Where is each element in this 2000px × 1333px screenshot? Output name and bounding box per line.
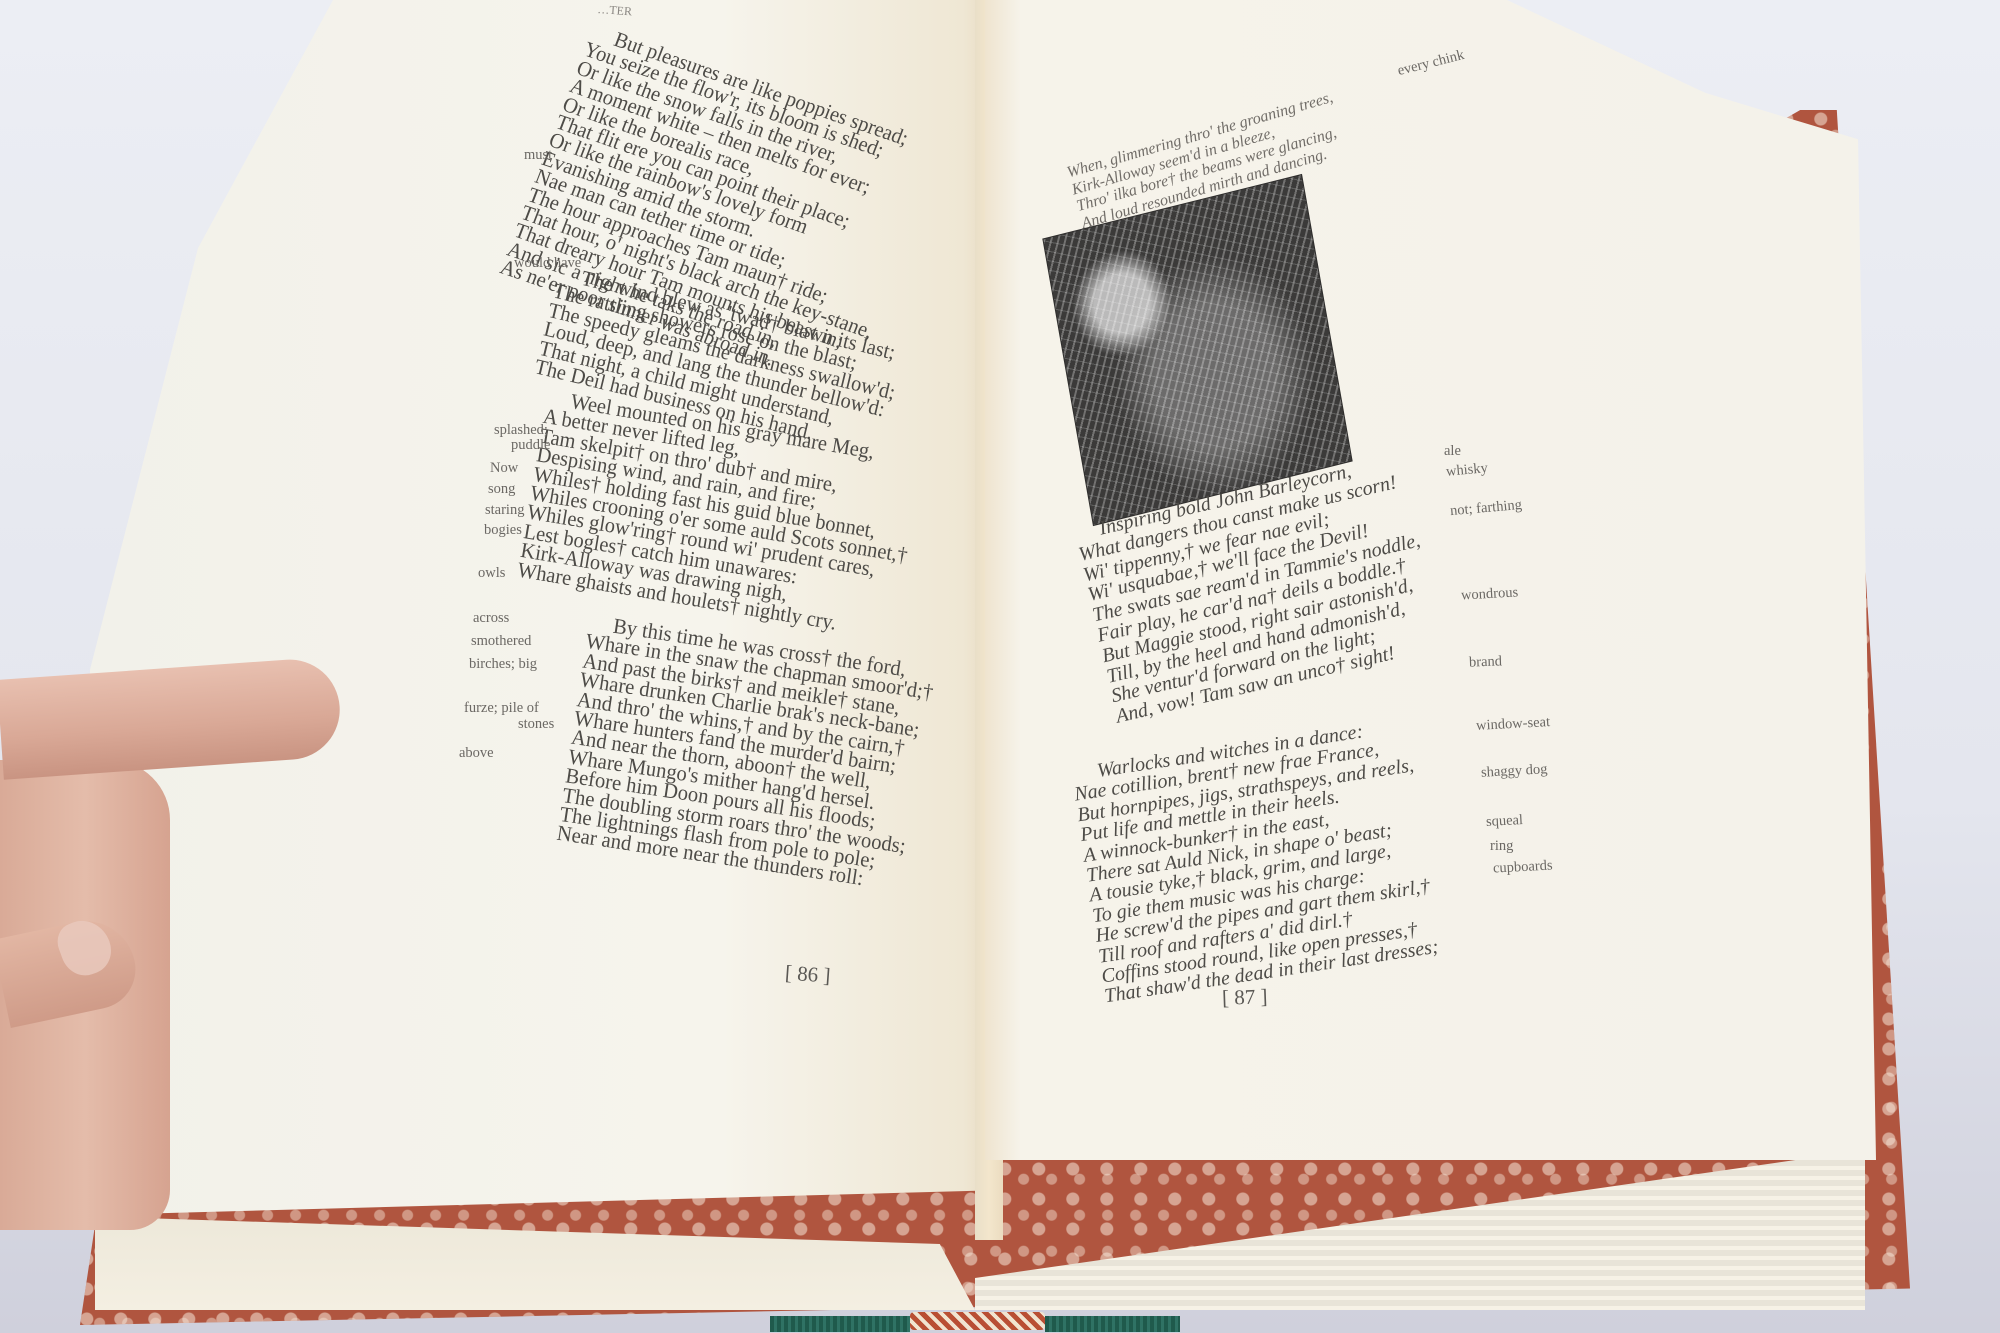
gloss: window-seat [1476,714,1551,735]
gloss: whisky [1445,460,1488,481]
gloss: brand [1469,653,1503,671]
gloss: ale [1444,443,1461,460]
gloss: not; farthing [1449,497,1522,520]
gloss: every chink [1396,47,1466,80]
page-number-87: [ 87 ] [1222,984,1268,1011]
gloss: squeal [1486,812,1524,831]
gloss: cupboards [1493,857,1553,877]
gloss: ring [1490,838,1513,855]
book-photo: …TER But pleasures are like poppies spre… [0,0,2000,1333]
gloss: shaggy dog [1481,761,1548,781]
gloss: wondrous [1461,585,1519,605]
